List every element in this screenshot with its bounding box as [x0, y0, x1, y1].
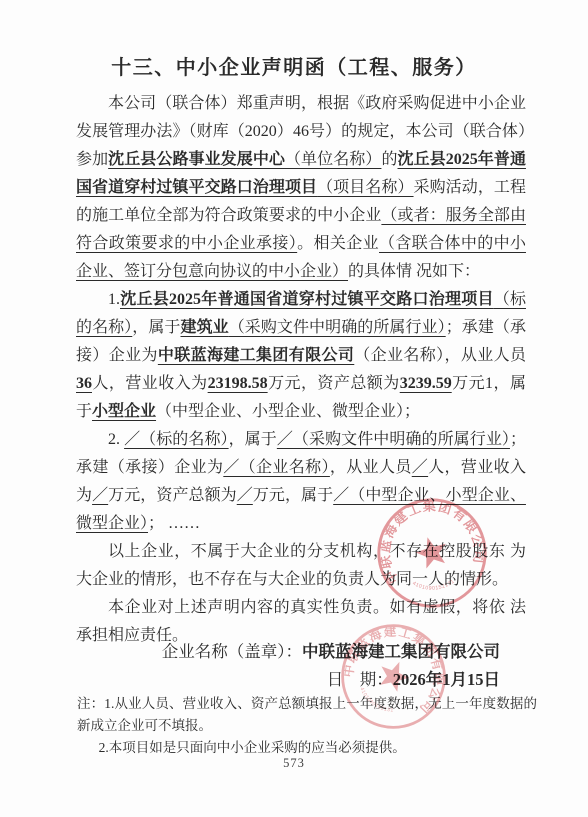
page-number: 573 — [0, 756, 588, 771]
company-label: 企业名称（盖章）： — [162, 642, 302, 661]
paragraph-item-2: 2. ／（标的名称），属于／（采购文件中明确的所属行业）；承建（承接）企业为／（… — [76, 426, 526, 538]
paragraph-closing-1: 以上企业，不属于大企业的分支机构，不存在控股股东 为大企业的情形，也不存在与大企… — [76, 538, 526, 594]
date-line: 日 期：2026年1月15日 — [162, 666, 500, 694]
footnotes: 注：1.从业人员、营业收入、资产总额填报上一年度数据，无上一年度数据的新成立企业… — [77, 693, 537, 759]
company-name: 中联蓝海建工集团有限公司 — [302, 642, 500, 661]
company-signature-line: 企业名称（盖章）：中联蓝海建工集团有限公司 — [162, 638, 500, 666]
date-label: 日 期： — [327, 670, 393, 689]
footnote-1: 注：1.从业人员、营业收入、资产总额填报上一年度数据，无上一年度数据的新成立企业… — [77, 693, 537, 737]
date-value: 2026年1月15日 — [393, 670, 500, 689]
paragraph-item-1: 1.沈丘县2025年普通国省道穿村过镇平交路口治理项目（标的名称），属于建筑业（… — [76, 286, 526, 426]
signature-block: 企业名称（盖章）：中联蓝海建工集团有限公司 日 期：2026年1月15日 — [162, 638, 500, 694]
paragraph-intro: 本公司（联合体）郑重声明，根据《政府采购促进中小企业发展管理办法》（财库（202… — [76, 90, 526, 286]
page-title: 十三、中小企业声明函（工程、服务） — [0, 51, 588, 80]
document-body: 本公司（联合体）郑重声明，根据《政府采购促进中小企业发展管理办法》（财库（202… — [76, 90, 526, 650]
document-page: 十三、中小企业声明函（工程、服务） 本公司（联合体）郑重声明，根据《政府采购促进… — [0, 0, 588, 817]
